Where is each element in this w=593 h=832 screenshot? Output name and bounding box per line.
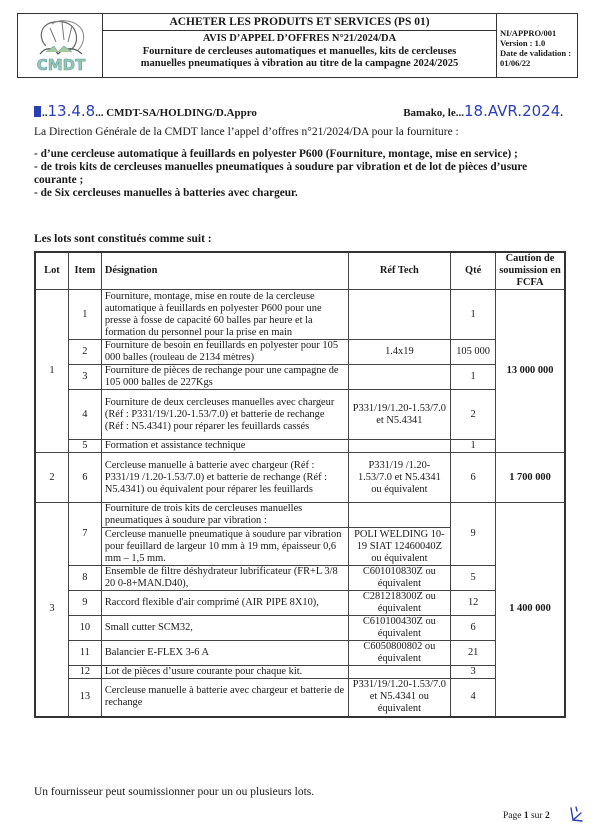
validation-date: 01/06/22 bbox=[500, 58, 577, 68]
quantity: 1 bbox=[451, 290, 496, 340]
page-total: 2 bbox=[545, 811, 550, 821]
table-row: 1 1 Fourniture, montage, mise en route d… bbox=[35, 290, 565, 340]
validation-label: Date de validation : bbox=[500, 48, 577, 58]
ref-tech bbox=[348, 503, 451, 528]
table-row: 4 Fourniture de deux cercleuses manuelle… bbox=[35, 390, 565, 440]
item-number: 13 bbox=[68, 679, 101, 717]
process-title: ACHETER LES PRODUITS ET SERVICES (PS 01) bbox=[103, 14, 496, 31]
table-row: 12 Lot de pièces d’usure courante pour c… bbox=[35, 666, 565, 679]
ref-tech: 1.4x19 bbox=[348, 340, 451, 365]
footer-note: Un fournisseur peut soumissionner pour u… bbox=[34, 786, 314, 798]
quantity: 5 bbox=[451, 566, 496, 591]
supply-item: - de trois kits de cercleuses manuelles … bbox=[34, 161, 564, 187]
table-row: 2 6 Cercleuse manuelle à batterie avec c… bbox=[35, 453, 565, 503]
subject-line-2: manuelles pneumatiques à vibration au ti… bbox=[103, 58, 496, 71]
ref-tech: C281218300Z ou équivalent bbox=[348, 591, 451, 616]
quantity: 9 bbox=[451, 503, 496, 566]
item-number: 6 bbox=[68, 453, 101, 503]
table-row: 10 Small cutter SCM32, C610100430Z ou éq… bbox=[35, 616, 565, 641]
table-row: 11 Balancier E-FLEX 3-6 A C6050800802 ou… bbox=[35, 641, 565, 666]
quantity: 21 bbox=[451, 641, 496, 666]
intro-paragraph: La Direction Générale de la CMDT lance l… bbox=[34, 126, 459, 138]
caution-amount: 1 400 000 bbox=[496, 503, 565, 717]
ref-tech: C6050800802 ou équivalent bbox=[348, 641, 451, 666]
table-row: 3 7 Fourniture de trois kits de cercleus… bbox=[35, 503, 565, 528]
quantity: 12 bbox=[451, 591, 496, 616]
col-item: Item bbox=[68, 252, 101, 290]
ref-tech: POLI WELDING 10-19 SIAT 12460040Z ou équ… bbox=[348, 528, 451, 566]
designation: Cercleuse manuelle à batterie avec charg… bbox=[101, 453, 348, 503]
designation: Fourniture, montage, mise en route de la… bbox=[101, 290, 348, 340]
quantity: 2 bbox=[451, 390, 496, 440]
lot-number: 1 bbox=[35, 290, 68, 453]
stamp-mark-icon bbox=[34, 106, 41, 117]
reference-line: ..13.4.8... CMDT-SA/HOLDING/D.Appro Bama… bbox=[34, 100, 563, 122]
logo-cell: CMDT bbox=[18, 14, 103, 77]
page-sep: sur bbox=[529, 811, 545, 821]
page-label: Page bbox=[503, 811, 524, 821]
supply-item: - de Six cercleuses manuelles à batterie… bbox=[34, 187, 564, 200]
item-number: 5 bbox=[68, 440, 101, 453]
notice-title: AVIS D’APPEL D’OFFRES N°21/2024/DA bbox=[103, 33, 496, 46]
caution-amount: 1 700 000 bbox=[496, 453, 565, 503]
supply-list: - d’une cercleuse automatique à feuillar… bbox=[34, 148, 564, 200]
item-number: 1 bbox=[68, 290, 101, 340]
item-number: 10 bbox=[68, 616, 101, 641]
designation: Fourniture de pièces de rechange pour un… bbox=[101, 365, 348, 390]
col-caution: Caution de soumission en FCFA bbox=[496, 252, 565, 290]
designation: Ensemble de filtre déshydrateur lubrific… bbox=[101, 566, 348, 591]
col-designation: Désignation bbox=[101, 252, 348, 290]
place-date: Bamako, le...18.AVR.2024. bbox=[403, 102, 563, 120]
svg-text:CMDT: CMDT bbox=[37, 56, 86, 74]
col-lot: Lot bbox=[35, 252, 68, 290]
table-row: 8 Ensemble de filtre déshydrateur lubrif… bbox=[35, 566, 565, 591]
date-trailing: . bbox=[560, 107, 563, 119]
quantity: 1 bbox=[451, 365, 496, 390]
page-number: Page 1 sur 2 bbox=[503, 811, 550, 821]
header-title-cell: ACHETER LES PRODUITS ET SERVICES (PS 01)… bbox=[103, 14, 497, 77]
ref-tech: P331/19/1.20-1.53/7.0 et N5.4341 bbox=[348, 390, 451, 440]
col-qte: Qté bbox=[451, 252, 496, 290]
department: CMDT-SA/HOLDING/D.Appro bbox=[103, 107, 256, 119]
table-row: 2 Fourniture de besoin en feuillards en … bbox=[35, 340, 565, 365]
item-number: 3 bbox=[68, 365, 101, 390]
doc-code: NI/APPRO/001 bbox=[500, 28, 577, 38]
ref-tech: C601010830Z ou équivalent bbox=[348, 566, 451, 591]
ref-tech bbox=[348, 365, 451, 390]
signature-initials-icon bbox=[568, 805, 584, 823]
table-row: 3 Fourniture de pièces de rechange pour … bbox=[35, 365, 565, 390]
designation: Small cutter SCM32, bbox=[101, 616, 348, 641]
quantity: 6 bbox=[451, 616, 496, 641]
document-header: CMDT ACHETER LES PRODUITS ET SERVICES (P… bbox=[17, 13, 578, 78]
stamp-number: 13.4.8 bbox=[48, 102, 96, 120]
designation-intro: Fourniture de trois kits de cercleuses m… bbox=[101, 503, 348, 528]
doc-version: Version : 1.0 bbox=[500, 38, 577, 48]
ref-tech bbox=[348, 290, 451, 340]
document-meta: NI/APPRO/001 Version : 1.0 Date de valid… bbox=[497, 14, 577, 77]
quantity: 6 bbox=[451, 453, 496, 503]
designation: Raccord flexible d'air comprimé (AIR PIP… bbox=[101, 591, 348, 616]
subject-line-1: Fourniture de cercleuses automatiques et… bbox=[103, 46, 496, 59]
ref-tech bbox=[348, 666, 451, 679]
designation: Formation et assistance technique bbox=[101, 440, 348, 453]
table-header-row: Lot Item Désignation Réf Tech Qté Cautio… bbox=[35, 252, 565, 290]
ref-tech: P331/19/1.20-1.53/7.0 et N5.4341 ou équi… bbox=[348, 679, 451, 717]
lot-number: 3 bbox=[35, 503, 68, 717]
cmdt-logo-icon: CMDT bbox=[24, 16, 98, 74]
item-number: 12 bbox=[68, 666, 101, 679]
ref-tech: C610100430Z ou équivalent bbox=[348, 616, 451, 641]
reference-number: ..13.4.8... CMDT-SA/HOLDING/D.Appro bbox=[34, 102, 257, 120]
quantity: 3 bbox=[451, 666, 496, 679]
table-row: 9 Raccord flexible d'air comprimé (AIR P… bbox=[35, 591, 565, 616]
item-number: 8 bbox=[68, 566, 101, 591]
lots-heading: Les lots sont constitués comme suit : bbox=[34, 233, 212, 245]
item-number: 7 bbox=[68, 503, 101, 566]
place-label: Bamako, le... bbox=[403, 107, 464, 119]
item-number: 11 bbox=[68, 641, 101, 666]
lot-number: 2 bbox=[35, 453, 68, 503]
lots-table: Lot Item Désignation Réf Tech Qté Cautio… bbox=[34, 251, 566, 718]
stamp-date: 18.AVR.2024 bbox=[464, 102, 560, 120]
table-row: 13 Cercleuse manuelle à batterie avec ch… bbox=[35, 679, 565, 717]
supply-item: - d’une cercleuse automatique à feuillar… bbox=[34, 148, 564, 161]
table-row: 5 Formation et assistance technique 1 bbox=[35, 440, 565, 453]
designation: Fourniture de besoin en feuillards en po… bbox=[101, 340, 348, 365]
ref-tech bbox=[348, 440, 451, 453]
notice-block: AVIS D’APPEL D’OFFRES N°21/2024/DA Fourn… bbox=[103, 31, 496, 77]
quantity: 1 bbox=[451, 440, 496, 453]
designation: Cercleuse manuelle à batterie avec charg… bbox=[101, 679, 348, 717]
col-ref-tech: Réf Tech bbox=[348, 252, 451, 290]
designation: Balancier E-FLEX 3-6 A bbox=[101, 641, 348, 666]
caution-amount: 13 000 000 bbox=[496, 290, 565, 453]
quantity: 105 000 bbox=[451, 340, 496, 365]
designation: Fourniture de deux cercleuses manuelles … bbox=[101, 390, 348, 440]
designation: Cercleuse manuelle pneumatique à soudure… bbox=[101, 528, 348, 566]
item-number: 4 bbox=[68, 390, 101, 440]
designation: Lot de pièces d’usure courante pour chaq… bbox=[101, 666, 348, 679]
ref-tech: P331/19 /1.20-1.53/7.0 et N5.4341 ou équ… bbox=[348, 453, 451, 503]
item-number: 2 bbox=[68, 340, 101, 365]
quantity: 4 bbox=[451, 679, 496, 717]
item-number: 9 bbox=[68, 591, 101, 616]
